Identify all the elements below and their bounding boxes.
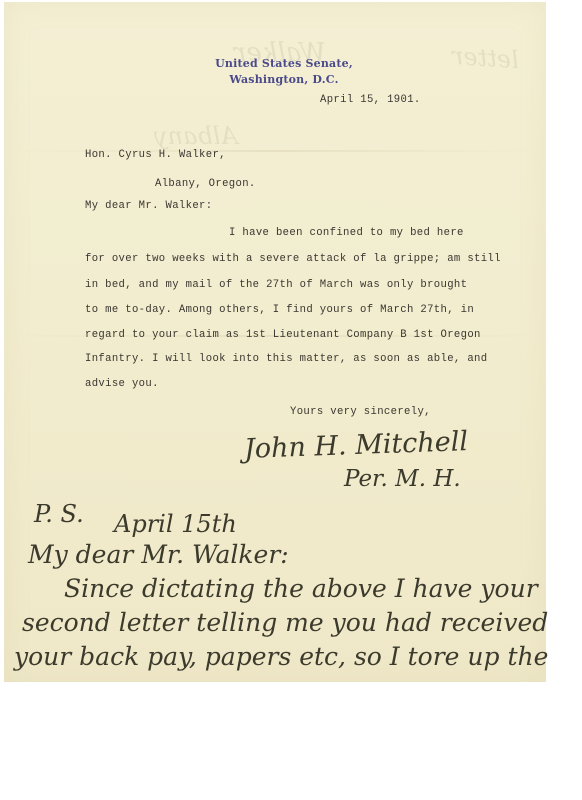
signature-name: John H. Mitchell (244, 428, 469, 463)
body-line: Infantry. I will look into this matter, … (85, 354, 487, 365)
letter-paper: letter Walker Albany United States Senat… (4, 2, 546, 682)
postscript-line: your back pay, papers etc, so I tore up … (14, 644, 548, 669)
recipient-name: Hon. Cyrus H. Walker, (85, 150, 226, 161)
closing: Yours very sincerely, (290, 407, 431, 418)
body-line: to me to-day. Among others, I find yours… (85, 305, 474, 316)
letterhead-line-2: Washington, D.C. (184, 74, 384, 85)
bleed-through-text: letter (451, 42, 520, 75)
letterhead-line-1: United States Senate, (184, 58, 384, 69)
signature-per: Per. M. H. (344, 468, 461, 491)
body-line: advise you. (85, 379, 159, 390)
postscript-salutation: My dear Mr. Walker: (28, 542, 289, 567)
postscript-date: April 15th (114, 512, 237, 536)
postscript-line: second letter telling me you had receive… (22, 610, 548, 635)
body-line: I have been confined to my bed here (229, 228, 464, 239)
salutation: My dear Mr. Walker: (85, 201, 212, 212)
bleed-through-text: Albany (154, 122, 238, 150)
recipient-address: Albany, Oregon. (155, 179, 256, 190)
postscript-heading: P. S. (34, 502, 84, 526)
body-line: for over two weeks with a severe attack … (85, 254, 501, 265)
body-line: regard to your claim as 1st Lieutenant C… (85, 330, 481, 341)
postscript-line: Since dictating the above I have your (64, 576, 538, 601)
body-line: in bed, and my mail of the 27th of March… (85, 280, 467, 291)
letter-date: April 15, 1901. (320, 95, 421, 106)
